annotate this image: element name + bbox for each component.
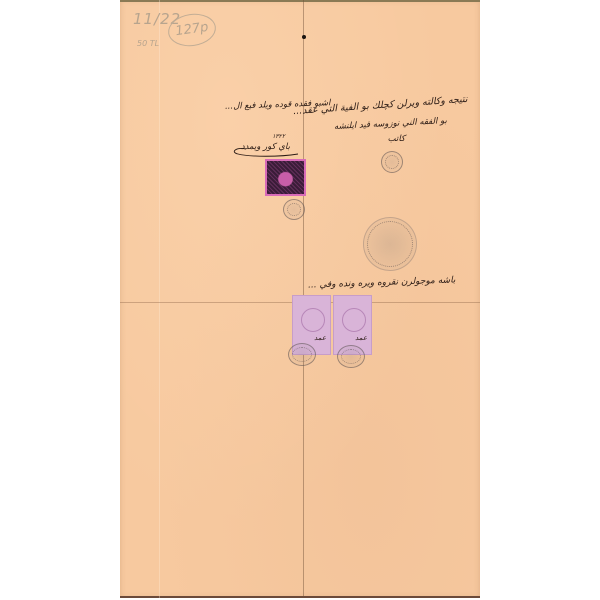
pinhole	[302, 35, 306, 39]
signature-flourish	[230, 146, 300, 158]
seal-stamp-under-pink	[283, 199, 305, 220]
paper-bottom-edge	[120, 596, 480, 598]
pencil-price: 50 TL	[137, 39, 159, 48]
handwriting-left-note: ١٣٢٢	[272, 133, 285, 140]
seal-embossed-large	[363, 217, 417, 271]
seal-stamp-under-lilac-1	[288, 343, 316, 366]
seal-stamp-under-lilac-2	[337, 345, 365, 368]
handwriting-middle-line: باشه موجولرن نقروه ويره ونده وفي ...	[307, 275, 455, 290]
handwriting-right-line-2: بو الفقه الني نوزوسه قيد ايلنشه	[334, 116, 447, 132]
handwriting-right-line-3: كاتب	[388, 134, 405, 144]
document-paper: 11/22 127p 50 TL نتيجه وكالته ويرلن كچلك…	[120, 0, 480, 598]
fold-line-faint	[159, 0, 160, 598]
stamp-overprint: عمد	[337, 334, 367, 344]
pink-revenue-stamp	[265, 159, 306, 196]
paper-top-edge	[120, 0, 480, 2]
seal-stamp-right	[381, 151, 403, 173]
